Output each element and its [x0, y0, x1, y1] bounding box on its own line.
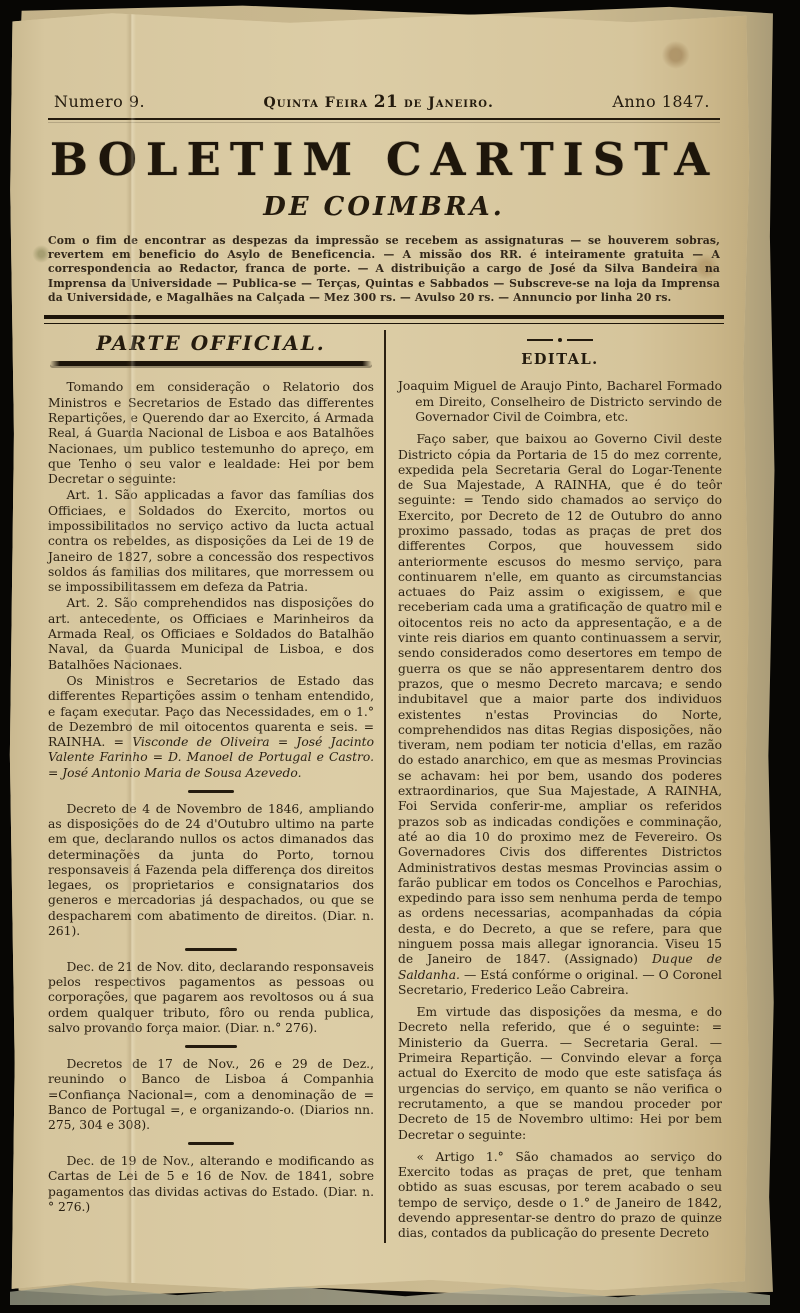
paragraph: Tomando em consideração o Relatorio dos … — [48, 380, 374, 487]
paragraph-portaria: Faço saber, que baixou ao Governo Civil … — [398, 432, 722, 998]
date-month: de Janeiro. — [404, 95, 494, 111]
paragraph-decree: Dec. de 21 de Nov. dito, declarando resp… — [48, 960, 374, 1036]
masthead-notice: Com o fim de encontrar as despezas da im… — [44, 234, 724, 305]
ornament-bar — [527, 339, 553, 341]
ornament-bar — [567, 339, 593, 341]
section-separator — [188, 1142, 234, 1145]
paragraph-signatures: Os Ministros e Secretarios de Estado das… — [48, 674, 374, 781]
issue-number: Numero 9. — [54, 92, 145, 111]
newspaper-title: BOLETIM CARTISTA — [44, 133, 724, 186]
left-column: PARTE OFFICIAL. Tomando em consideração … — [44, 330, 384, 1243]
dateline-rule — [48, 118, 720, 123]
ornament-dot — [558, 338, 562, 342]
paragraph-artigo-1: « Artigo 1.° São chamados ao serviço do … — [398, 1150, 722, 1242]
paragraph-edital-intro: Joaquim Miguel de Araujo Pinto, Bacharel… — [398, 379, 722, 425]
photograph-background: Numero 9. Quinta Feira 21 de Janeiro. An… — [0, 0, 800, 1313]
paragraph: Art. 1. São applicadas a favor das famíl… — [48, 488, 374, 595]
left-section-rule — [50, 361, 372, 366]
paragraph: Art. 2. São comprehendidos nas disposiçõ… — [48, 596, 374, 672]
columns-container: PARTE OFFICIAL. Tomando em consideração … — [44, 330, 724, 1243]
paragraph-decreto-guerra: Em virtude das disposições da mesma, e d… — [398, 1005, 722, 1143]
dateline-row: Numero 9. Quinta Feira 21 de Janeiro. An… — [44, 92, 724, 112]
right-section-title: EDITAL. — [398, 352, 722, 367]
paragraph-decree: Decreto de 4 de Novembro de 1846, amplia… — [48, 802, 374, 940]
newspaper-page: Numero 9. Quinta Feira 21 de Janeiro. An… — [8, 10, 750, 1294]
edital-ornament — [398, 338, 722, 342]
paragraph-decree: Dec. de 19 de Nov., alterando e modifica… — [48, 1154, 374, 1215]
publication-date: Quinta Feira 21 de Janeiro. — [264, 92, 494, 112]
date-day: 21 — [374, 92, 399, 112]
masthead-divider-bar — [44, 315, 724, 324]
portaria-body: Faço saber, que baixou ao Governo Civil … — [398, 432, 722, 966]
right-column: EDITAL. Joaquim Miguel de Araujo Pinto, … — [384, 330, 724, 1243]
newspaper-subtitle: DE COIMBRA. — [44, 192, 724, 222]
date-weekday: Quinta Feira — [264, 95, 369, 111]
publication-year: Anno 1847. — [612, 92, 710, 111]
paragraph-decree: Decretos de 17 de Nov., 26 e 29 de Dez.,… — [48, 1057, 374, 1133]
left-section-title: PARTE OFFICIAL. — [48, 336, 374, 351]
section-separator — [188, 790, 234, 793]
section-separator — [185, 1045, 237, 1048]
section-separator — [185, 948, 237, 951]
